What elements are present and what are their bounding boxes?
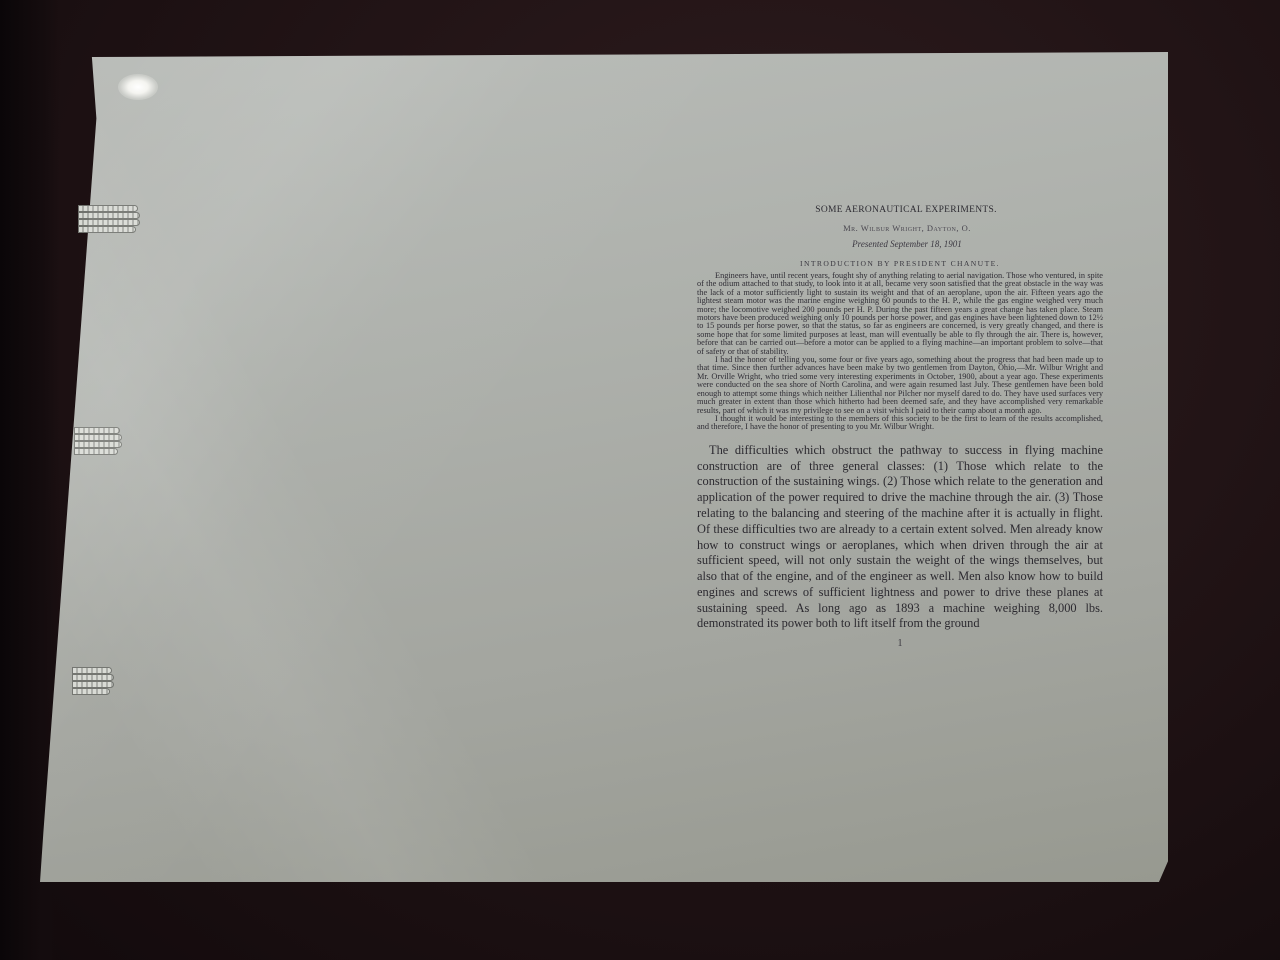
intro-section: Engineers have, until recent years, foug… (697, 272, 1103, 432)
document-title: SOME AERONAUTICAL EXPERIMENTS. (697, 205, 1103, 215)
binding-cord-top (78, 203, 136, 237)
intro-paragraph: Engineers have, until recent years, foug… (697, 272, 1103, 356)
intro-heading: INTRODUCTION BY PRESIDENT CHANUTE. (697, 259, 1103, 268)
document-text: SOME AERONAUTICAL EXPERIMENTS. Mr. Wilbu… (697, 205, 1103, 649)
presented-date: Presented September 18, 1901 (697, 239, 1103, 249)
body-section: The difficulties which obstruct the path… (697, 443, 1103, 633)
light-reflection (118, 74, 158, 100)
body-paragraph: The difficulties which obstruct the path… (697, 443, 1103, 633)
document-author: Mr. Wilbur Wright, Dayton, O. (697, 223, 1103, 233)
binding-cord-bottom (72, 665, 130, 699)
page-number: 1 (697, 638, 1103, 649)
intro-paragraph: I thought it would be interesting to the… (697, 415, 1103, 432)
binding-cord-middle (74, 425, 132, 459)
intro-paragraph: I had the honor of telling you, some fou… (697, 356, 1103, 415)
